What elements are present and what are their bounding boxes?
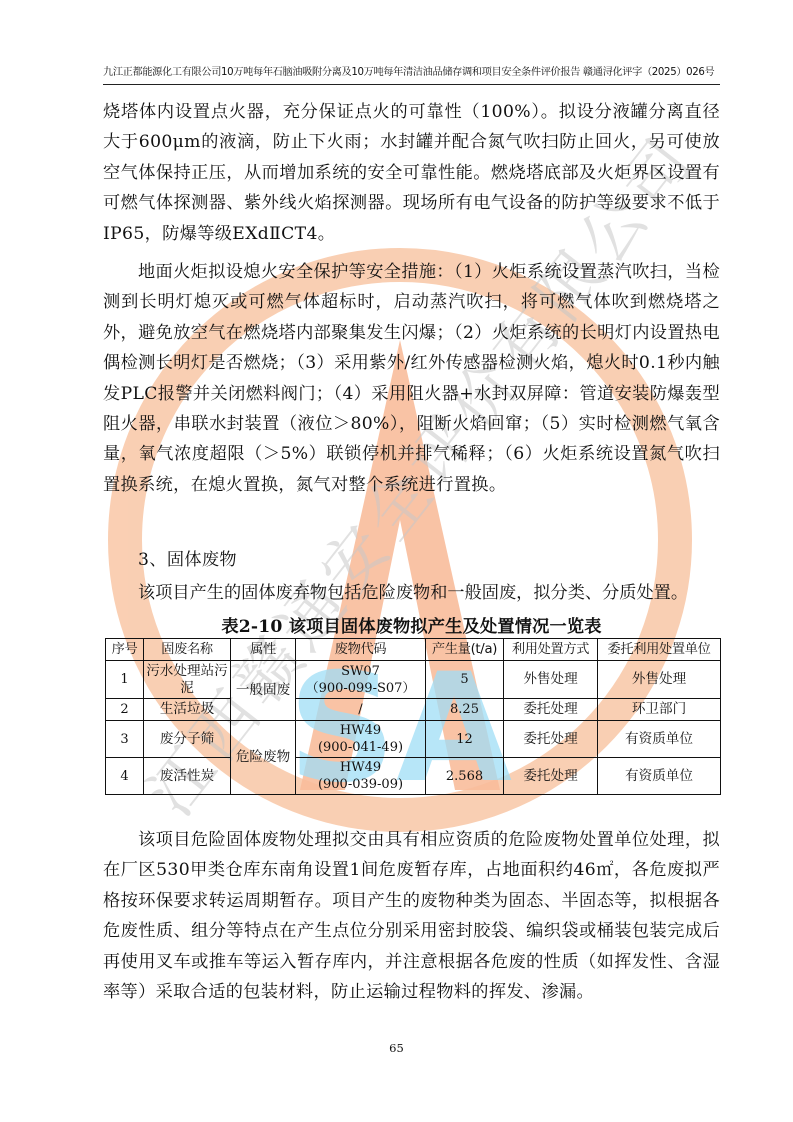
paragraph-hazardous-storage: 该项目危险固体废物处理拟交由具有相应资质的危险废物处置单位处理，拟在厂区530甲… xyxy=(103,825,720,1007)
solid-waste-table: 序号 固废名称 属性 废物代码 产生量(t/a) 利用处置方式 委托利用处置单位… xyxy=(105,638,721,795)
running-header: 九江正都能源化工有限公司10万吨每年石脑油吸附分离及10万吨每年清洁油品储存调和… xyxy=(103,63,720,78)
cell-name: 废分子筛 xyxy=(144,721,231,758)
cell-name: 生活垃圾 xyxy=(144,699,231,721)
code-line-1: SW07 xyxy=(296,663,425,680)
table-caption: 表2-10 该项目固体废物拟产生及处置情况一览表 xyxy=(103,612,720,637)
code-line-2: (900-039-09) xyxy=(296,776,425,793)
page-number: 65 xyxy=(0,1041,793,1055)
cell-method: 委托处理 xyxy=(504,758,598,795)
col-header-code: 废物代码 xyxy=(296,639,426,661)
col-header-no: 序号 xyxy=(106,639,144,661)
cell-method: 委托处理 xyxy=(504,721,598,758)
code-line-2: （900-099-S07） xyxy=(296,680,425,697)
col-header-method: 利用处置方式 xyxy=(504,639,598,661)
code-line-2: (900-041-49) xyxy=(296,739,425,756)
code-line-1: HW49 xyxy=(296,759,425,776)
paragraph-flare-safety-measures: 地面火炬拟设熄火安全保护等安全措施：（1）火炬系统设置蒸汽吹扫，当检测到长明灯熄… xyxy=(103,257,720,500)
cell-code: HW49 (900-039-09) xyxy=(296,758,426,795)
cell-amount: 8.25 xyxy=(426,699,504,721)
col-header-attribute: 属性 xyxy=(231,639,296,661)
cell-unit: 外售处理 xyxy=(598,661,721,699)
table-header-row: 序号 固废名称 属性 废物代码 产生量(t/a) 利用处置方式 委托利用处置单位 xyxy=(106,639,721,661)
document-page: 九江正都能源化工有限公司10万吨每年石脑油吸附分离及10万吨每年清洁油品储存调和… xyxy=(0,0,793,1122)
cell-unit: 有资质单位 xyxy=(598,758,721,795)
cell-no: 3 xyxy=(106,721,144,758)
col-header-amount: 产生量(t/a) xyxy=(426,639,504,661)
table-row: 2 生活垃圾 / 8.25 委托处理 环卫部门 xyxy=(106,699,721,721)
cell-unit: 环卫部门 xyxy=(598,699,721,721)
col-header-unit: 委托利用处置单位 xyxy=(598,639,721,661)
cell-code: HW49 (900-041-49) xyxy=(296,721,426,758)
cell-attribute-general: 一般固废 xyxy=(231,661,296,721)
cell-amount: 5 xyxy=(426,661,504,699)
cell-name: 废活性炭 xyxy=(144,758,231,795)
table-row: 3 废分子筛 危险废物 HW49 (900-041-49) 12 委托处理 有资… xyxy=(106,721,721,758)
cell-method: 外售处理 xyxy=(504,661,598,699)
code-line-1: HW49 xyxy=(296,722,425,739)
section-heading-solid-waste: 3、固体废物 xyxy=(103,545,720,575)
cell-name: 污水处理站污泥 xyxy=(144,661,231,699)
cell-amount: 12 xyxy=(426,721,504,758)
cell-code: SW07 （900-099-S07） xyxy=(296,661,426,699)
col-header-name: 固废名称 xyxy=(144,639,231,661)
cell-attribute-hazardous: 危险废物 xyxy=(231,721,296,795)
cell-no: 4 xyxy=(106,758,144,795)
cell-method: 委托处理 xyxy=(504,699,598,721)
cell-no: 1 xyxy=(106,661,144,699)
paragraph-solid-waste-intro: 该项目产生的固体废弃物包括危险废物和一般固废，拟分类、分质处置。 xyxy=(103,578,720,608)
header-divider xyxy=(103,84,720,85)
cell-code: / xyxy=(296,699,426,721)
table-row: 4 废活性炭 HW49 (900-039-09) 2.568 委托处理 有资质单… xyxy=(106,758,721,795)
cell-amount: 2.568 xyxy=(426,758,504,795)
cell-unit: 有资质单位 xyxy=(598,721,721,758)
table-row: 1 污水处理站污泥 一般固废 SW07 （900-099-S07） 5 外售处理… xyxy=(106,661,721,699)
cell-no: 2 xyxy=(106,699,144,721)
paragraph-flare-ignition: 烧塔体内设置点火器，充分保证点火的可靠性（100%）。拟设分液罐分离直径大于60… xyxy=(103,97,720,249)
